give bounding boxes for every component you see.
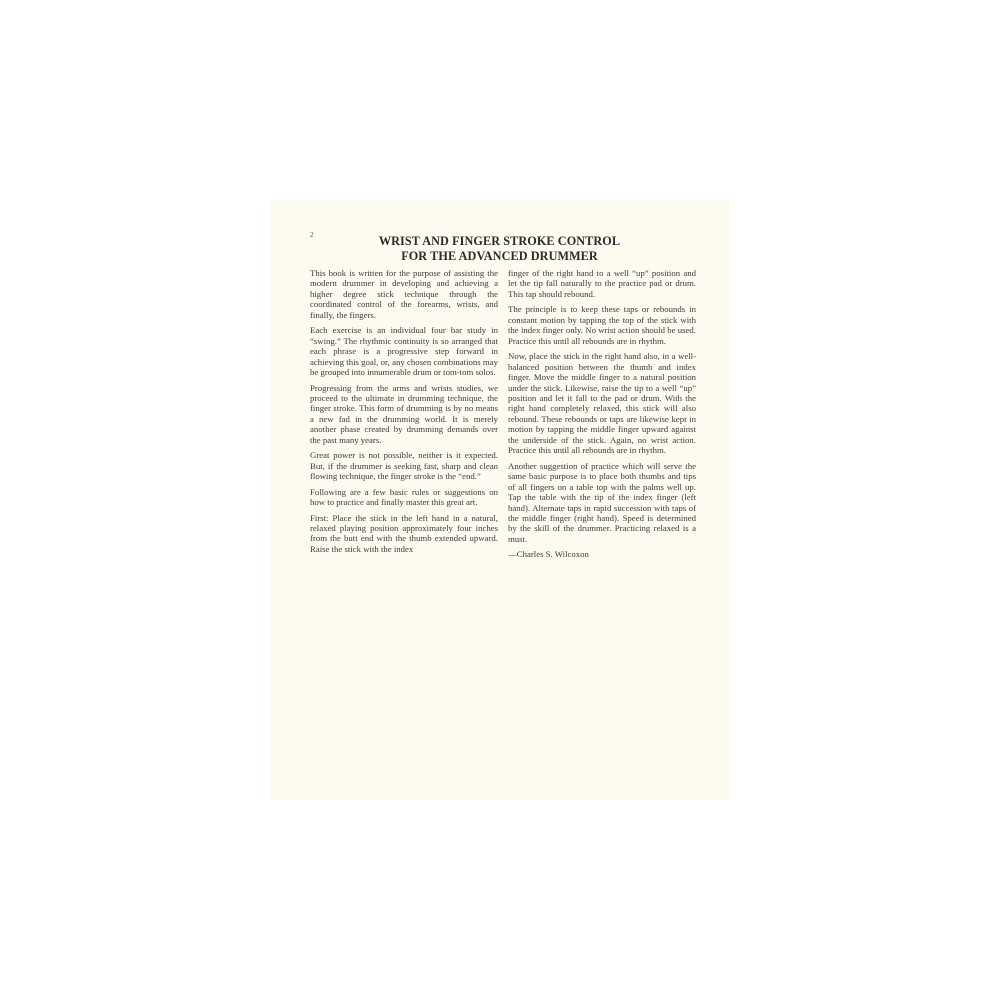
- author-signature: —Charles S. Wilcoxon: [508, 549, 696, 559]
- title-line-1: WRIST AND FINGER STROKE CONTROL: [270, 234, 729, 249]
- paragraph: Progressing from the arms and wrists stu…: [310, 383, 498, 446]
- book-page: 2 WRIST AND FINGER STROKE CONTROL FOR TH…: [270, 200, 729, 800]
- paragraph: Great power is not possible, neither is …: [310, 450, 498, 481]
- paragraph: First: Place the stick in the left hand …: [310, 513, 498, 555]
- paragraph: finger of the right hand to a well “up” …: [508, 268, 696, 299]
- paragraph: Each exercise is an individual four bar …: [310, 325, 498, 377]
- left-column: This book is written for the purpose of …: [310, 268, 498, 559]
- title-line-2: FOR THE ADVANCED DRUMMER: [270, 249, 729, 264]
- paragraph: This book is written for the purpose of …: [310, 268, 498, 320]
- paragraph: Another suggestion of practice which wil…: [508, 461, 696, 545]
- right-column: finger of the right hand to a well “up” …: [508, 268, 696, 565]
- paragraph: Following are a few basic rules or sugge…: [310, 487, 498, 508]
- paragraph: The principle is to keep these taps or r…: [508, 304, 696, 346]
- page-title: WRIST AND FINGER STROKE CONTROL FOR THE …: [270, 234, 729, 264]
- paragraph: Now, place the stick in the right hand a…: [508, 351, 696, 456]
